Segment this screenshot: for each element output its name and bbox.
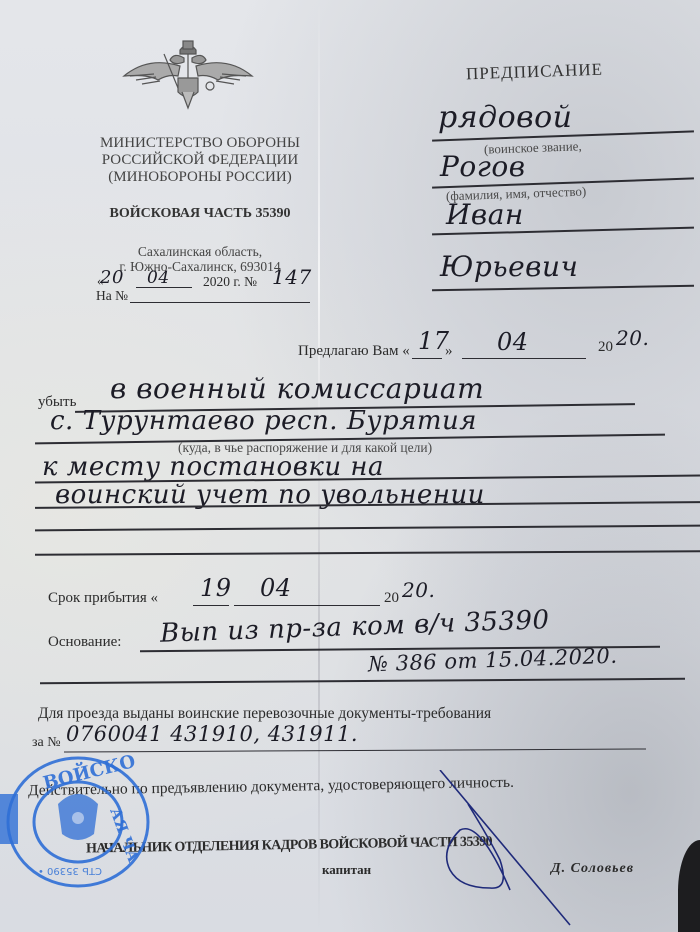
table-background xyxy=(678,840,700,932)
arrival-label: Срок прибытия « xyxy=(48,590,158,607)
document-title: ПРЕДПИСАНИЕ xyxy=(466,60,604,85)
order-document: МИНИСТЕРСТВО ОБОРОНЫ РОССИЙСКОЙ ФЕДЕРАЦИ… xyxy=(0,0,700,932)
rank-value: рядовой xyxy=(438,100,573,135)
arrival-month: 04 xyxy=(260,574,292,602)
ministry-line-3: (МИНОБОРОНЫ РОССИИ) xyxy=(70,169,330,186)
first-name-value: Иван xyxy=(446,198,524,231)
official-stamp-icon: ВОЙСКО АЯ ЧА СТЬ 35390 • xyxy=(0,744,154,894)
basis-line-1: Вып из пр-за ком в/ч 35390 xyxy=(160,605,550,649)
propose-year: 20. xyxy=(616,326,649,350)
signatory-rank: капитан xyxy=(322,862,371,878)
patronymic-value: Юрьевич xyxy=(440,250,578,283)
arrival-year: 20. xyxy=(402,578,435,602)
svg-text:ВОЙСКО: ВОЙСКО xyxy=(40,748,137,794)
propose-close-quote: » xyxy=(445,343,453,360)
issue-month: 04 xyxy=(147,268,170,288)
travel-numbers: 0760041 431910, 431911. xyxy=(66,722,358,746)
svg-text:СТЬ 35390 •: СТЬ 35390 • xyxy=(38,865,102,876)
svg-text:АЯ ЧА: АЯ ЧА xyxy=(106,805,143,865)
propose-month: 04 xyxy=(497,328,529,356)
destination-line-1: в военный комиссариат xyxy=(110,372,484,405)
arrival-year-prefix: 20 xyxy=(384,590,399,607)
basis-label: Основание: xyxy=(48,634,121,651)
propose-label: Предлагаю Вам « xyxy=(298,343,410,360)
issue-day: 20 xyxy=(100,267,124,288)
ministry-line-2: РОССИЙСКОЙ ФЕДЕРАЦИИ xyxy=(70,152,330,169)
issue-year-label: 2020 г. № xyxy=(203,274,257,290)
unit-name: ВОЙСКОВАЯ ЧАСТЬ 35390 xyxy=(70,206,330,222)
reference-label: На № xyxy=(96,288,128,304)
arrival-day: 19 xyxy=(200,574,232,602)
address-line-1: Сахалинская область, xyxy=(70,244,330,259)
ministry-line-1: МИНИСТЕРСТВО ОБОРОНЫ xyxy=(70,135,330,152)
destination-line-2: с. Турунтаево респ. Бурятия xyxy=(50,406,477,436)
travel-text: Для проезда выданы воинские перевозочные… xyxy=(38,705,491,723)
double-headed-eagle-emblem-icon xyxy=(118,36,258,112)
surname-value: Рогов xyxy=(440,150,526,183)
document-number: 147 xyxy=(272,265,312,289)
signature-icon xyxy=(420,770,590,930)
propose-year-prefix: 20 xyxy=(598,339,613,356)
